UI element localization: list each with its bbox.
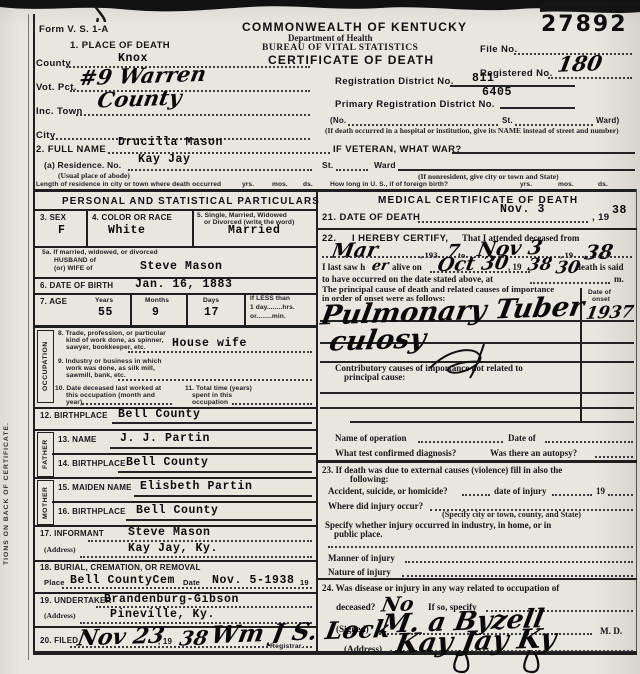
full-name-value: Drucilla Mason [118,136,223,149]
pen-scribble [420,338,510,383]
marital-label-1: 5. Single, Married, Widowed [197,212,287,219]
total-time-label-1: 11. Total time (years) [185,385,252,392]
age-years-value: 55 [98,306,113,319]
days-label: Days [203,297,219,304]
rule-line [33,209,316,211]
onset-label-1: Date of [588,289,611,296]
spouse-value: Steve Mason [140,260,223,273]
date-of-death-line [418,221,588,223]
primary-district-value: 6405 [482,86,512,99]
reg-district-value: 811 [472,72,495,85]
rule-line [33,477,316,479]
rule-line [318,578,637,580]
place-of-death-heading: 1. PLACE OF DEATH [70,40,170,51]
primary-district-label: Primary Registration District No. [335,99,495,110]
personal-particulars-heading: PERSONAL AND STATISTICAL PARTICULARS [62,196,320,207]
accident-line [462,494,490,496]
commonwealth-title: COMMONWEALTH OF KENTUCKY [242,20,467,34]
rule-line [33,246,316,248]
date-of-injury-label: date of injury [494,486,547,496]
stamp-number: 27892 [541,12,628,37]
age-months-value: 9 [152,306,160,319]
header-divider [33,189,637,192]
rule-line [33,560,316,562]
mother-bp-value: Bell County [136,504,219,517]
from-193-label: , 193 [420,250,438,260]
residence-line [128,169,312,171]
registered-no-value: 180 [556,50,605,77]
dod-year-value: 38 [612,204,627,217]
burial-place-value: Bell CountyCem [70,574,175,587]
mother-bp-line [126,519,312,521]
age-days-value: 17 [204,306,219,319]
last-saw-label-2: alive on [392,262,422,272]
nonresident-note: (If nonresident, give city or town and S… [418,172,559,181]
sex-value: F [58,224,66,237]
us-yrs: yrs. [520,181,532,188]
trade-line [128,351,312,353]
father-bp-line [118,471,312,473]
informant-address-value: Kay Jay, Ky. [128,542,218,555]
burial-place-label: Place [44,578,65,587]
specify-line [328,546,633,548]
residence-ward-label: Ward [374,160,396,170]
operation-date-label: Date of [508,433,536,443]
reg-district-label: Registration District No. [335,76,454,87]
abode-note: (Usual place of abode) [58,171,130,180]
industry-label-1: 9. Industry or business in which [58,358,162,365]
father-bp-value: Bell County [126,456,209,469]
injury-19-label: 19 [596,486,605,496]
full-name-label: 2. FULL NAME [36,144,106,155]
age-label: 7. AGE [40,297,67,306]
rule-line [52,501,316,503]
rule-line [52,453,316,455]
occupation-side-label: OCCUPATION [37,330,54,403]
residence-st-line [336,169,368,171]
length-ds: ds. [303,181,313,188]
filed-label: 20. FILED [40,636,78,645]
bureau-subtitle: BUREAU OF VITAL STATISTICS [262,43,418,53]
rule-line [192,209,194,246]
race-value: White [108,224,146,237]
industry-line [118,379,312,381]
no-label: (No. [330,116,346,125]
rule-line [86,209,88,246]
contributory-rule [320,392,634,394]
residence-ward-line [398,169,635,171]
form-left-border [33,14,35,655]
undertaker-address-label: (Address) [44,611,76,620]
operation-date-line [545,441,633,443]
total-time-label-2: spent in this [192,392,232,399]
mother-name-line [134,495,312,497]
veteran-label: IF VETERAN, WHAT WAR? [333,144,462,155]
dob-label: 6. DATE OF BIRTH [40,281,113,290]
mother-name-label: 15. MAIDEN NAME [58,483,132,492]
industry-label-2: work was done, as silk mill, [66,365,155,372]
months-label: Months [145,297,169,304]
father-bp-label: 14. BIRTHPLACE [58,459,126,468]
hospital-note: (If death occurred in a hospital or inst… [325,126,619,135]
sex-label: 3. SEX [40,213,66,222]
last-worked-label-2: this occupation (month and [66,392,155,399]
spouse-label-2: HUSBAND of [54,257,96,264]
informant-address-label: (Address) [44,545,76,554]
operation-label: Name of operation [335,433,407,443]
father-name-label: 13. NAME [58,435,97,444]
undertaker-value: Brandenburg-Gibson [104,593,239,606]
attended-to-year-value: 38 [583,240,615,265]
file-no-label: File No. [480,44,518,55]
injury-19-line [608,494,633,496]
last-saw-line [430,271,530,273]
registered-no-line [548,77,632,79]
inc-town-line [76,114,310,116]
where-injury-label: Where did injury occur? [328,501,423,511]
last-saw-er-value: er [371,258,390,275]
spouse-label-1: 5a. If married, widowed, or divorced [42,249,158,256]
specify-label-2: public place. [334,529,383,539]
last-saw-year-value: 38 [526,255,553,276]
trade-label-3: sawyer, bookkeeper, etc. [66,344,146,351]
marital-value: Married [228,224,281,237]
mother-name-value: Elisbeth Partin [140,480,253,493]
burial-19-label: 19 [300,578,309,587]
manner-of-injury-label: Manner of injury [328,553,395,563]
dept-subtitle: Department of Health [288,33,372,43]
length-mos: mos. [272,181,288,188]
nature-line [402,575,633,577]
birthplace-value: Bell County [118,408,201,421]
residence-st-label: St. [322,160,333,170]
burial-label: 18. BURIAL, CREMATION, OR REMOVAL [40,563,201,572]
ward-label: Ward) [596,116,619,125]
inc-town-value: County [95,85,183,113]
death-certificate-document: 27892 Form V. S. 1-A 1. PLACE OF DEATH C… [0,0,640,674]
physician-address-value: Kay Jay Ky [393,623,559,660]
filed-19-label: , 19 [158,637,172,646]
last-saw-label-1: I last saw h [322,262,365,272]
dod-19-label: , 19 [592,212,609,223]
residence-label: (a) Residence. No. [44,160,121,170]
total-time-label-3: occupation [192,399,228,406]
rule-line [186,293,188,326]
form-right-border [636,189,637,655]
rule-line [33,325,316,328]
length-yrs: yrs. [242,181,254,188]
primary-district-line [500,107,575,109]
certificate-title: CERTIFICATE OF DEATH [268,53,434,67]
less-than-label-1: If LESS than [250,295,290,302]
mother-bp-label: 16. BIRTHPLACE [58,507,126,516]
length-residence-label: Length of residence in city or town wher… [36,181,221,188]
mother-side-label: MOTHER [37,480,54,525]
last-worked-line [82,403,172,405]
less-than-label-3: or........min. [250,313,286,320]
form-number: Form V. S. 1-A [39,24,109,35]
burial-date-value: Nov. 5-1938 [212,574,295,587]
back-of-certificate-note: TIONS ON BACK OF CERTIFICATE. [3,215,10,565]
st-label: St. [502,116,513,125]
father-name-value: J. J. Partin [120,432,210,445]
deceased-label: deceased? [336,602,375,612]
medical-certificate-heading: MEDICAL CERTIFICATE OF DEATH [378,195,578,206]
trade-label-1: 8. Trade, profession, or particular [58,330,166,337]
occupation-related-label: 24. Was disease or injury in any way rel… [322,583,559,593]
last-saw-label-3: death is said [576,262,624,272]
accident-label: Accident, suicide, or homicide? [328,486,448,496]
column-divider [316,189,318,655]
informant-value: Steve Mason [128,526,211,539]
birthplace-label: 12. BIRTHPLACE [40,411,108,420]
rule-line [318,460,637,463]
informant-label: 17. INFORMANT [40,529,104,538]
trade-value: House wife [172,337,247,350]
last-worked-label-3: year) [66,399,82,406]
rule-line [318,228,637,230]
rule-line [33,429,316,431]
informant-address-line [80,556,312,558]
rule-line [130,293,132,326]
nature-of-injury-label: Nature of injury [328,567,391,577]
us-ds: ds. [598,181,608,188]
occurred-label: to have occurred on the date stated abov… [322,274,493,284]
how-long-label: How long in U. S., if of foreign birth? [330,181,448,188]
us-mos: mos. [558,181,574,188]
date-of-death-value: Nov. 3 [500,203,545,216]
registrar-label: Registrar. [270,643,303,650]
race-label: 4. COLOR OR RACE [92,213,172,222]
spouse-label-3: (or) WIFE of [54,265,93,272]
undertaker-label: 19. UNDERTAKER [40,596,112,605]
burial-line [62,587,312,589]
onset-label-2: onset [592,296,610,303]
birthplace-line [112,422,312,424]
occurred-m-label: m. [614,274,624,284]
contributory-rule [350,421,634,423]
less-than-label-2: 1 day........hrs. [250,304,295,311]
manner-line [405,561,633,563]
test-label: What test confirmed diagnosis? [335,448,456,458]
md-label: M. D. [600,626,622,636]
injury-date-line [552,494,592,496]
contributory-label-2: principal cause: [344,372,405,382]
residence-value: Kay Jay [138,153,191,166]
external-causes-label-2: following: [350,474,389,484]
physician-address-label: (Address) [344,644,382,654]
operation-line [418,441,503,443]
years-label: Years [95,297,113,304]
last-worked-label-1: 10. Date deceased last worked at [55,385,161,392]
veteran-line [452,152,635,154]
autopsy-label: Was there an autopsy? [490,448,577,458]
trade-label-2: kind of work done, as spinner, [66,337,164,344]
dob-value: Jan. 16, 1883 [135,278,233,291]
cause-of-death-line-2: culosy [327,323,428,357]
date-of-death-label: 21. DATE OF DEATH [322,212,420,223]
reg-district-line [450,85,575,87]
contributory-rule [320,407,634,409]
industry-label-3: sawmill, bank, etc. [66,372,126,379]
paper-edge-line [28,14,29,660]
autopsy-line [595,456,633,458]
where-note: (Specify city or town, county, and State… [442,510,581,519]
father-name-line [110,447,312,449]
total-time-line [232,403,312,405]
father-side-label: FATHER [37,432,54,477]
undertaker-address-value: Pineville, Ky. [110,608,215,621]
rule-line [244,293,246,326]
burial-date-label: Date [183,578,200,587]
